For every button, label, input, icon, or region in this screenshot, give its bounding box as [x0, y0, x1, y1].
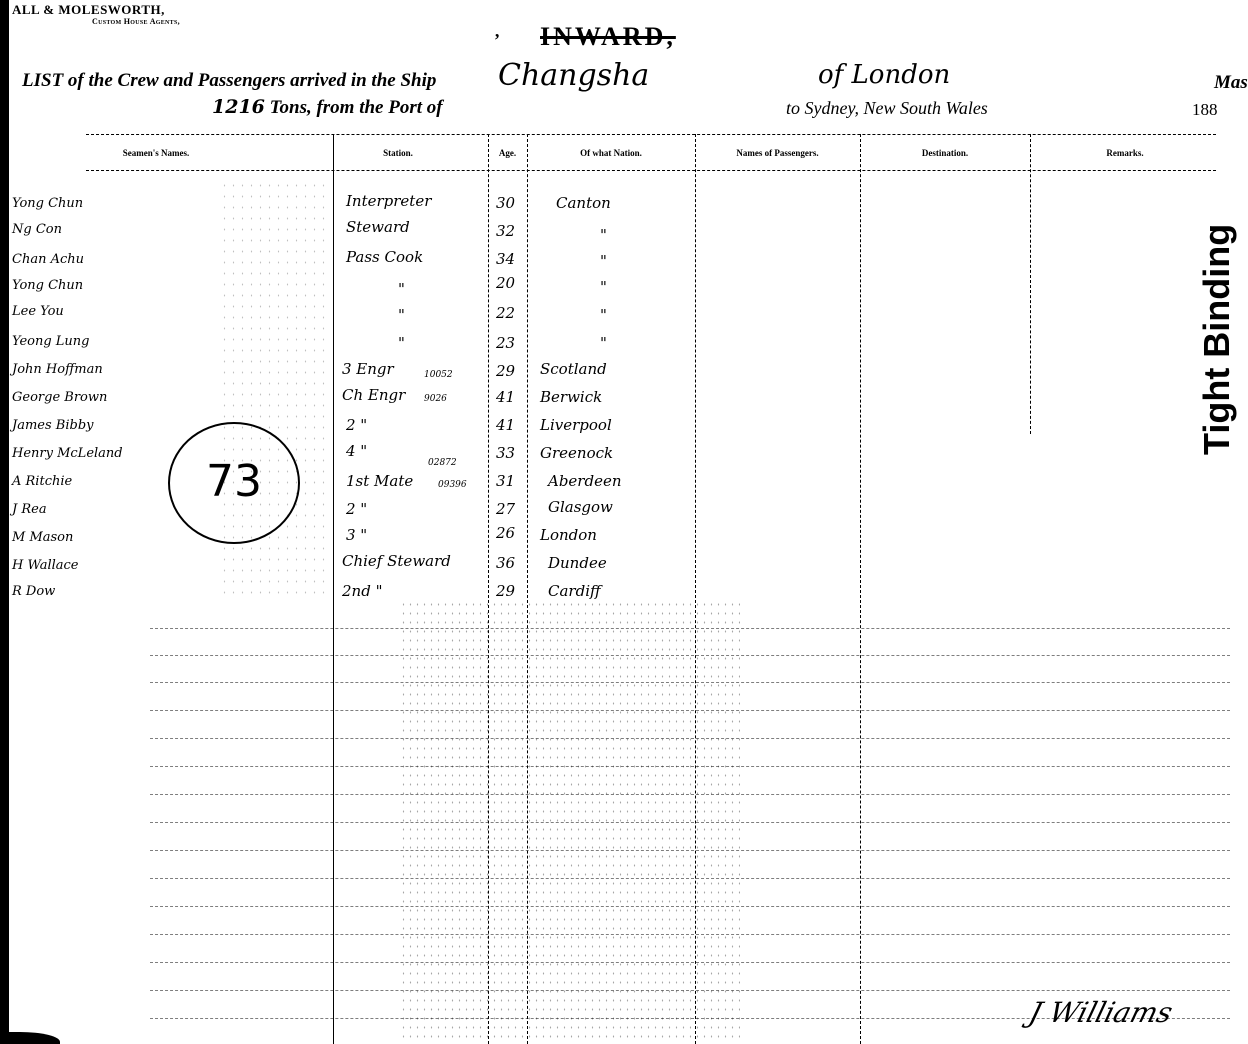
age: 33 — [496, 444, 515, 462]
age: 22 — [496, 304, 515, 322]
station: " — [398, 280, 405, 298]
column-divider-remarks — [1030, 134, 1031, 434]
nation: " — [600, 306, 607, 324]
age: 29 — [496, 362, 515, 380]
title-line: LIST of the Crew and Passengers arrived … — [22, 70, 436, 92]
seaman-name: A Ritchie — [12, 474, 72, 489]
column-header-nation: Of what Nation. — [527, 148, 695, 158]
column-header-remarks: Remarks. — [1030, 148, 1220, 158]
seaman-name: James Bibby — [12, 418, 94, 433]
age: 41 — [496, 388, 515, 406]
station: Steward — [346, 218, 410, 236]
column-divider-destination — [860, 134, 861, 1044]
nation: Aberdeen — [548, 472, 622, 490]
seaman-name: M Mason — [12, 530, 73, 545]
age: 29 — [496, 582, 515, 600]
tons-label: Tons, from the Port of — [270, 97, 443, 118]
seaman-name: John Hoffman — [12, 362, 103, 377]
age: 36 — [496, 554, 515, 572]
age: 32 — [496, 222, 515, 240]
column-divider-station — [333, 134, 334, 1044]
nation: Dundee — [548, 554, 607, 572]
seaman-name: Yong Chun — [12, 278, 83, 293]
age: 23 — [496, 334, 515, 352]
destination-line: to Sydney, New South Wales — [786, 98, 988, 119]
column-header-names: Seamen's Names. — [86, 148, 226, 158]
station: Ch Engr — [342, 386, 405, 404]
column-header-destination: Destination. — [860, 148, 1030, 158]
age: 20 — [496, 274, 515, 292]
station: 4 " — [346, 442, 367, 460]
table-top-rule — [86, 134, 1216, 135]
seaman-name: George Brown — [12, 390, 107, 405]
nation: Liverpool — [540, 416, 612, 434]
binding-edge — [0, 0, 9, 1044]
station: " — [398, 334, 405, 352]
tons-value: 1216 — [212, 96, 265, 118]
of-port: of London — [818, 60, 950, 90]
column-header-station: Station. — [333, 148, 463, 158]
master-label: Mas — [1214, 72, 1248, 94]
station: Interpreter — [346, 192, 431, 210]
nation: " — [600, 278, 607, 296]
nation: Canton — [556, 194, 611, 212]
seaman-name: R Dow — [12, 584, 55, 599]
nation: Scotland — [540, 360, 607, 378]
ship-name: Changsha — [498, 58, 649, 93]
age: 27 — [496, 500, 515, 518]
binding-edge-shadow — [0, 1032, 60, 1044]
nation: " — [600, 252, 607, 270]
station: 1st Mate — [346, 472, 413, 490]
year: 188 — [1192, 100, 1218, 120]
station: 2nd " — [342, 582, 382, 600]
column-header-age: Age. — [488, 148, 527, 158]
seaman-name: Yong Chun — [12, 196, 83, 211]
tick-mark: ’ — [494, 30, 500, 51]
discharge-number: 9026 — [424, 394, 447, 404]
nation: Greenock — [540, 444, 613, 462]
discharge-number: 10052 — [424, 370, 453, 380]
station: 2 " — [346, 500, 367, 518]
station: Chief Steward — [342, 552, 451, 570]
form-type: INWARD, — [540, 22, 676, 52]
column-header-passengers: Names of Passengers. — [695, 148, 860, 158]
nation: Glasgow — [548, 498, 613, 516]
nation: " — [600, 334, 607, 352]
nation: London — [540, 526, 597, 544]
seaman-name: Ng Con — [12, 222, 62, 237]
discharge-number: 02872 — [428, 458, 457, 468]
scan-noise — [400, 600, 740, 1044]
station: 3 Engr — [342, 360, 394, 378]
discharge-number: 09396 — [438, 480, 467, 490]
station: 2 " — [346, 416, 367, 434]
signature: J Williams — [1026, 996, 1177, 1029]
age: 41 — [496, 416, 515, 434]
seaman-name: H Wallace — [12, 558, 79, 573]
nation: Berwick — [540, 388, 602, 406]
tight-binding-stamp: Tight Binding — [1196, 224, 1238, 455]
nation: " — [600, 226, 607, 244]
header-bottom-rule — [86, 170, 1216, 171]
station: " — [398, 306, 405, 324]
circled-number: 73 — [206, 456, 262, 507]
seaman-name: Chan Achu — [12, 252, 84, 267]
age: 31 — [496, 472, 515, 490]
age: 30 — [496, 194, 515, 212]
tons-line: 1216 Tons, from the Port of — [212, 96, 443, 119]
nation: Cardiff — [548, 582, 601, 600]
station: 3 " — [346, 526, 367, 544]
age: 26 — [496, 524, 515, 542]
age: 34 — [496, 250, 515, 268]
seaman-name: Lee You — [12, 304, 64, 319]
agent-subtitle: Custom House Agents, — [92, 17, 180, 26]
seaman-name: Yeong Lung — [12, 334, 90, 349]
station: Pass Cook — [346, 248, 423, 266]
agent-name: ALL & MOLESWORTH, — [12, 2, 165, 18]
seaman-name: Henry McLeland — [12, 446, 123, 461]
seaman-name: J Rea — [12, 502, 47, 517]
